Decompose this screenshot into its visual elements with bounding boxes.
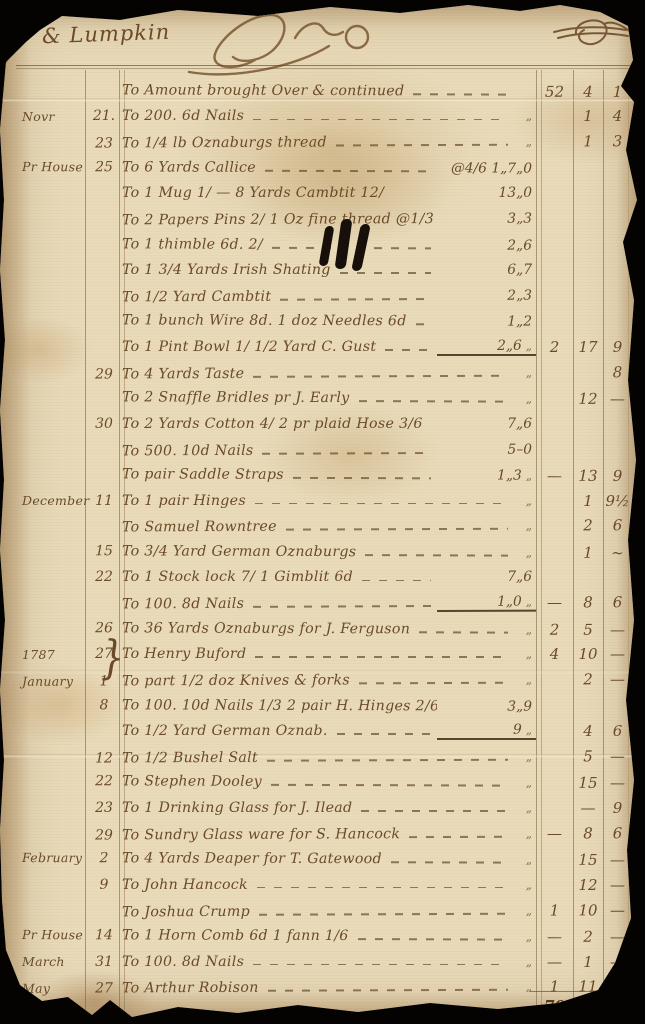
month-cell: 1787 bbox=[20, 647, 86, 662]
entry-cell: To 1 Mug 1/ — 8 Yards Cambtit 12/ bbox=[122, 185, 437, 201]
entry-text: To 1 Drinking Glass for J. Ilead bbox=[122, 800, 352, 816]
shillings-cell: 12 bbox=[573, 390, 603, 408]
ledger-row: To 100. 8d Nails1„0„—86 bbox=[20, 589, 632, 617]
entry-cell: To 500. 10d Nails bbox=[122, 441, 437, 458]
ditto-mark: „ bbox=[522, 826, 532, 840]
day-cell: 25 bbox=[86, 159, 122, 175]
pence-cell: 9 bbox=[603, 799, 632, 817]
entry-text: To Sundry Glass ware for S. Hancock bbox=[122, 826, 400, 843]
total-row: 70 6 1 bbox=[20, 995, 632, 1017]
entry-text: To 200. 6d Nails bbox=[122, 108, 244, 124]
day-cell: 29 bbox=[86, 366, 122, 382]
month-cell: Novr bbox=[20, 109, 86, 124]
shillings-cell: — bbox=[573, 799, 603, 817]
sub-amount: „ bbox=[514, 518, 536, 534]
ledger-row: To 1/2 Yard German Oznab.9„46 bbox=[20, 718, 632, 744]
dash-leader bbox=[271, 784, 508, 786]
ledger-row: To Amount brought Over & continued5241 bbox=[20, 77, 632, 105]
pence-cell: ~ bbox=[603, 544, 632, 562]
sub-amount: „ bbox=[514, 748, 536, 764]
entry-text: To Amount brought Over & continued bbox=[122, 82, 404, 99]
photo-backdrop: & Lumpkin bbox=[0, 0, 645, 1024]
dash-leader bbox=[280, 298, 431, 300]
shillings-cell: 5 bbox=[573, 620, 603, 638]
sub-amount: 3„3 bbox=[437, 210, 536, 226]
pence-cell: — bbox=[603, 390, 632, 408]
day-cell: 2 bbox=[86, 850, 122, 866]
entry-cell: To 1 pair Hinges bbox=[122, 493, 514, 509]
ledger-row: To 500. 10d Nails5–0 bbox=[20, 436, 632, 464]
entry-cell: To 1 Stock lock 7/ 1 Gimblit 6d bbox=[122, 569, 437, 585]
sub-amount: „ bbox=[514, 902, 536, 918]
pounds-cell: 2 bbox=[536, 338, 573, 356]
dash-leader bbox=[255, 656, 508, 658]
entry-cell: To 1 Pint Bowl 1/ 1/2 Yard C. Gust bbox=[122, 339, 437, 355]
entry-text: To 500. 10d Nails bbox=[122, 442, 254, 459]
sub-amount: „ bbox=[514, 621, 536, 637]
shillings-cell: 2 bbox=[573, 670, 603, 688]
shillings-cell: 5 bbox=[573, 747, 603, 765]
dash-leader bbox=[267, 759, 508, 762]
entry-text: To 1 Horn Comb 6d 1 fann 1/6 bbox=[122, 927, 349, 944]
dash-leader bbox=[253, 374, 508, 377]
sub-amount: 13„0 bbox=[437, 185, 536, 201]
account-name: & Lumpkin bbox=[42, 20, 171, 48]
entry-cell: To John Hancock bbox=[122, 877, 514, 893]
ledger-row: Novr21.To 200. 6d Nails„14 bbox=[20, 104, 632, 130]
day-cell: 22 bbox=[86, 773, 122, 789]
entry-cell: To 1/4 lb Oznaburgs thread bbox=[122, 134, 514, 152]
ledger-row: February2To 4 Yards Deaper for T. Gatewo… bbox=[20, 845, 632, 873]
dash-leader bbox=[293, 477, 431, 479]
left-edge-cutoff-mark bbox=[0, 38, 14, 66]
pounds-cell: 2 bbox=[536, 620, 573, 638]
entry-cell: To 1 Horn Comb 6d 1 fann 1/6 bbox=[122, 927, 514, 944]
pounds-cell: 1 bbox=[536, 978, 573, 996]
entry-text: To 4 Yards Taste bbox=[122, 365, 244, 382]
dash-leader bbox=[416, 324, 431, 326]
ledger-row: 15To 3/4 Yard German Oznaburgs„1~ bbox=[20, 538, 632, 566]
dash-leader bbox=[265, 170, 431, 172]
entry-cell: To Samuel Rowntree bbox=[122, 518, 514, 536]
entry-cell: To 2 Yards Cotton 4/ 2 pr plaid Hose 3/6 bbox=[122, 416, 437, 432]
entry-text: To 1 Pint Bowl 1/ 1/2 Yard C. Gust bbox=[122, 339, 376, 355]
shillings-cell: 2 bbox=[573, 928, 603, 946]
entry-text: To 2 Yards Cotton 4/ 2 pr plaid Hose 3/6 bbox=[122, 416, 423, 432]
total-pence: 1 bbox=[603, 997, 632, 1015]
dash-leader bbox=[255, 503, 508, 505]
sub-amount: „ bbox=[514, 928, 536, 944]
pence-cell: — bbox=[603, 851, 632, 869]
shillings-cell: 12 bbox=[573, 876, 603, 894]
entry-cell: To part 1/2 doz Knives & forks bbox=[122, 671, 514, 689]
entry-text: To 6 Yards Callice bbox=[122, 159, 256, 175]
shillings-cell: 4 bbox=[573, 83, 603, 101]
day-cell: 8 bbox=[86, 697, 122, 713]
month-cell: December bbox=[20, 493, 86, 508]
pence-cell: — bbox=[603, 953, 632, 971]
day-cell: 29 bbox=[86, 827, 122, 843]
entry-cell: To pair Saddle Straps bbox=[122, 466, 437, 483]
ditto-mark: „ bbox=[522, 545, 532, 559]
pounds-cell: — bbox=[536, 467, 573, 485]
pence-cell: — bbox=[603, 670, 632, 688]
entry-text: To 1 Stock lock 7/ 1 Gimblit 6d bbox=[122, 569, 353, 585]
entry-text: To 1 pair Hinges bbox=[122, 493, 246, 509]
ditto-mark: „ bbox=[522, 801, 532, 815]
pounds-cell: — bbox=[536, 928, 573, 946]
ditto-mark: „ bbox=[522, 365, 532, 379]
ledger-row: 23To 1/4 lb Oznaburgs thread„13 bbox=[20, 128, 632, 156]
sub-amount: „ bbox=[514, 877, 536, 893]
shillings-cell: 10 bbox=[573, 901, 603, 919]
ledger-row: 23To 1 Drinking Glass for J. Ilead„—9 bbox=[20, 795, 632, 821]
ditto-mark: „ bbox=[522, 135, 532, 149]
ledger-row: To 1 Mug 1/ — 8 Yards Cambtit 12/13„0 bbox=[20, 180, 632, 206]
pence-cell: — bbox=[603, 645, 632, 663]
entry-text: To 1 3/4 Yards Irish Shating bbox=[122, 262, 331, 278]
pence-cell: — bbox=[603, 747, 632, 765]
entry-cell: To Henry Buford bbox=[122, 646, 514, 662]
pence-cell: 1 bbox=[603, 83, 632, 101]
ditto-mark: „ bbox=[522, 519, 532, 533]
dash-leader bbox=[385, 349, 431, 351]
ditto-mark: „ bbox=[522, 903, 532, 917]
month-cell: Pr House bbox=[20, 159, 86, 174]
sub-amount: „ bbox=[514, 364, 536, 380]
pence-cell: — bbox=[603, 620, 632, 638]
entry-cell: To Joshua Crump bbox=[122, 902, 514, 920]
day-cell: 15 bbox=[86, 543, 122, 559]
total-pounds: 70 bbox=[536, 997, 573, 1015]
pence-cell: 9 bbox=[603, 467, 632, 485]
entry-text: To Samuel Rowntree bbox=[122, 519, 277, 536]
ditto-mark: „ bbox=[522, 672, 532, 686]
ditto-mark: „ bbox=[522, 749, 532, 763]
shillings-cell: 2 bbox=[573, 516, 603, 534]
sub-amount: „ bbox=[514, 775, 536, 791]
shillings-cell: 1 bbox=[573, 544, 603, 562]
entry-text: To 100. 10d Nails 1/3 2 pair H. Hinges 2… bbox=[122, 697, 437, 714]
pence-cell: 8 bbox=[603, 363, 632, 381]
month-cell: January bbox=[20, 674, 86, 689]
day-cell: 9 bbox=[86, 877, 122, 893]
dash-leader bbox=[268, 989, 508, 992]
entry-cell: To 1 Drinking Glass for J. Ilead bbox=[122, 800, 514, 816]
ditto-mark: „ bbox=[522, 853, 532, 867]
sub-amount: 9„ bbox=[437, 722, 536, 740]
ledger-row: 9To John Hancock„12— bbox=[20, 872, 632, 898]
month-cell: February bbox=[20, 851, 86, 866]
entry-text: To 36 Yards Oznaburgs for J. Ferguson bbox=[122, 620, 410, 637]
ledger-row: 30To 2 Yards Cotton 4/ 2 pr plaid Hose 3… bbox=[20, 411, 632, 437]
entry-text: To 100. 8d Nails bbox=[122, 596, 244, 613]
ledger-page: & Lumpkin bbox=[0, 0, 645, 1024]
ledger-row: 12To 1/2 Bushel Salt„5— bbox=[20, 743, 632, 771]
pence-cell: — bbox=[603, 977, 632, 995]
entry-text: To Joshua Crump bbox=[122, 903, 250, 920]
ledger-row: 22To 1 Stock lock 7/ 1 Gimblit 6d7„6 bbox=[20, 565, 632, 591]
pounds-cell: 1 bbox=[536, 901, 573, 919]
ledger-row: To 2 Snaffle Bridles pr J. Early„12— bbox=[20, 384, 632, 412]
sub-amount: 3„9 bbox=[437, 698, 536, 714]
sub-amount: 1„2 bbox=[437, 314, 536, 330]
entry-cell: To 1/2 Bushel Salt bbox=[122, 748, 514, 766]
shillings-cell: 4 bbox=[573, 722, 603, 740]
pounds-cell: 4 bbox=[536, 645, 573, 663]
pounds-cell: — bbox=[536, 824, 573, 842]
entry-text: To 4 Yards Deaper for T. Gatewood bbox=[122, 850, 382, 867]
sub-amount: „ bbox=[514, 800, 536, 816]
day-cell: 12 bbox=[86, 750, 122, 766]
entry-cell: To 36 Yards Oznaburgs for J. Ferguson bbox=[122, 620, 514, 637]
entry-cell: To Arthur Robison bbox=[122, 979, 514, 997]
dash-leader bbox=[413, 93, 508, 95]
shillings-cell: 1 bbox=[573, 132, 603, 150]
entry-text: To part 1/2 doz Knives & forks bbox=[122, 672, 350, 689]
entry-text: To 100. 8d Nails bbox=[122, 954, 244, 970]
pounds-cell: 52 bbox=[536, 82, 573, 100]
pence-cell: 6 bbox=[603, 516, 632, 534]
shillings-cell: 15 bbox=[573, 851, 603, 869]
sub-amount: „ bbox=[514, 544, 536, 560]
entry-text: To 1/2 Yard German Oznab. bbox=[122, 723, 328, 739]
ditto-mark: „ bbox=[522, 622, 532, 636]
shillings-cell: 1 bbox=[573, 492, 603, 510]
ditto-mark: „ bbox=[522, 494, 532, 508]
entry-text: To 1 Mug 1/ — 8 Yards Cambtit 12/ bbox=[122, 185, 384, 201]
dash-leader bbox=[358, 938, 508, 940]
pence-cell: 3 bbox=[603, 132, 632, 150]
dash-leader bbox=[259, 912, 508, 915]
sub-amount: 2„3 bbox=[437, 287, 536, 303]
sub-amount: „ bbox=[514, 825, 536, 841]
dash-leader bbox=[361, 810, 508, 812]
header-rule-bottom bbox=[16, 68, 633, 69]
sub-amount: „ bbox=[514, 134, 536, 150]
ditto-mark: „ bbox=[522, 878, 532, 892]
day-cell: 21. bbox=[86, 108, 122, 124]
ditto-mark: „ bbox=[522, 723, 532, 737]
sub-amount: „ bbox=[514, 391, 536, 407]
pounds-cell: — bbox=[536, 593, 573, 611]
ditto-mark: „ bbox=[522, 339, 532, 353]
pence-cell: 6 bbox=[603, 593, 632, 611]
entry-cell: To 3/4 Yard German Oznaburgs bbox=[122, 543, 514, 560]
ledger-row: 29To 4 Yards Taste„8 bbox=[20, 359, 632, 387]
entry-text: To 1/2 Yard Cambtit bbox=[122, 288, 271, 305]
shillings-cell: 8 bbox=[573, 593, 603, 611]
month-cell: Pr House bbox=[20, 927, 86, 942]
sub-amount: „ bbox=[514, 671, 536, 687]
sub-amount: 2„6 bbox=[437, 237, 536, 253]
sub-amount: „ bbox=[514, 493, 536, 509]
year-brace: } bbox=[101, 630, 124, 684]
ditto-mark: „ bbox=[522, 647, 532, 661]
ditto-mark: „ bbox=[522, 595, 532, 609]
sub-amount: @4/6 1„7„0 bbox=[437, 160, 536, 176]
entry-cell: To 1/2 Yard German Oznab. bbox=[122, 723, 437, 739]
shillings-cell: 17 bbox=[573, 338, 603, 356]
sub-amount: 1„3„ bbox=[437, 467, 536, 483]
ledger-row: To pair Saddle Straps1„3„—139 bbox=[20, 461, 632, 489]
entry-text: To pair Saddle Straps bbox=[122, 466, 284, 483]
sub-amount: „ bbox=[514, 646, 536, 662]
ditto-mark: „ bbox=[522, 930, 532, 944]
dash-leader bbox=[365, 554, 508, 556]
entry-cell: To Stephen Dooley bbox=[122, 774, 514, 791]
corner-crossed-mark bbox=[546, 12, 638, 52]
dash-leader bbox=[358, 400, 508, 402]
pence-cell: — bbox=[603, 774, 632, 792]
entry-text: To 1 bunch Wire 8d. 1 doz Needles 6d bbox=[122, 313, 407, 330]
sub-amount: 6„7 bbox=[437, 262, 536, 278]
dash-leader bbox=[409, 835, 508, 837]
shillings-cell: 1 bbox=[573, 953, 603, 971]
entry-text: To Henry Buford bbox=[122, 646, 246, 662]
sub-amount: 7„6 bbox=[437, 569, 536, 585]
ledger-row: To 1/2 Yard Cambtit2„3 bbox=[20, 282, 632, 310]
entry-cell: To 100. 8d Nails bbox=[122, 595, 437, 612]
entry-cell: To 4 Yards Deaper for T. Gatewood bbox=[122, 850, 514, 867]
dash-leader bbox=[253, 119, 508, 121]
pence-cell: 9½ bbox=[603, 492, 632, 510]
dash-leader bbox=[337, 733, 431, 735]
entry-text: To Stephen Dooley bbox=[122, 774, 262, 790]
entry-cell: To 100. 8d Nails bbox=[122, 954, 514, 970]
ditto-mark: „ bbox=[522, 955, 532, 969]
day-cell: 22 bbox=[86, 569, 122, 585]
dash-leader bbox=[253, 964, 508, 966]
sub-amount: „ bbox=[514, 954, 536, 970]
shillings-cell: 8 bbox=[573, 824, 603, 842]
ledger-row: To Joshua Crump„110— bbox=[20, 897, 632, 925]
sub-amount: „ bbox=[514, 108, 536, 124]
sub-amount: 2„6„ bbox=[437, 338, 536, 356]
ledger-row: March31To 100. 8d Nails„—1— bbox=[20, 949, 632, 975]
dash-leader bbox=[262, 452, 431, 454]
ditto-mark: „ bbox=[522, 392, 532, 406]
month-cell: March bbox=[20, 954, 86, 969]
sub-amount: „ bbox=[514, 979, 536, 995]
ledger-row: To Samuel Rowntree„26 bbox=[20, 513, 632, 541]
pence-cell: — bbox=[603, 876, 632, 894]
ledger-rows: To Amount brought Over & continued5241No… bbox=[20, 78, 632, 1000]
entry-cell: To 6 Yards Callice bbox=[122, 159, 437, 176]
entry-text: To 2 Snaffle Bridles pr J. Early bbox=[122, 389, 350, 406]
entry-cell: To Sundry Glass ware for S. Hancock bbox=[122, 825, 514, 843]
total-rule-top bbox=[530, 991, 630, 992]
ledger-row: Pr House14To 1 Horn Comb 6d 1 fann 1/6„—… bbox=[20, 922, 632, 950]
header-rule-top bbox=[16, 65, 633, 66]
ditto-mark: „ bbox=[522, 109, 532, 123]
ink-blot bbox=[318, 219, 390, 275]
ledger-row: 29To Sundry Glass ware for S. Hancock„—8… bbox=[20, 820, 632, 848]
entry-cell: To 4 Yards Taste bbox=[122, 364, 514, 382]
dash-leader bbox=[286, 528, 508, 530]
ledger-row: Pr House25To 6 Yards Callice@4/6 1„7„0 bbox=[20, 154, 632, 182]
sub-amount: „ bbox=[514, 852, 536, 868]
ditto-mark: „ bbox=[522, 776, 532, 790]
shillings-cell: 15 bbox=[573, 774, 603, 792]
dash-leader bbox=[359, 682, 508, 684]
dash-leader bbox=[253, 605, 431, 607]
entry-text: To 3/4 Yard German Oznaburgs bbox=[122, 543, 356, 560]
ledger-row: 22To Stephen Dooley„15— bbox=[20, 768, 632, 796]
entry-cell: To Amount brought Over & continued bbox=[122, 82, 514, 99]
day-cell: 14 bbox=[86, 927, 122, 943]
shillings-cell: 10 bbox=[573, 645, 603, 663]
day-cell: 11 bbox=[86, 493, 122, 509]
shillings-cell: 1 bbox=[573, 107, 603, 125]
dash-leader bbox=[391, 862, 508, 864]
sub-amount: 7„6 bbox=[437, 416, 536, 432]
total-rule-bottom bbox=[530, 1015, 628, 1016]
ledger-row: To 1 bunch Wire 8d. 1 doz Needles 6d1„2 bbox=[20, 308, 632, 336]
day-cell: 23 bbox=[86, 135, 122, 151]
day-cell: 23 bbox=[86, 800, 122, 816]
entry-cell: To 200. 6d Nails bbox=[122, 108, 514, 124]
dash-leader bbox=[362, 580, 431, 582]
entry-text: To 1 thimble 6d. 2/ bbox=[122, 236, 263, 252]
entry-text: To 1/2 Bushel Salt bbox=[122, 749, 258, 766]
pounds-cell: — bbox=[536, 953, 573, 971]
entry-text: To John Hancock bbox=[122, 877, 248, 893]
pence-cell: 9 bbox=[603, 338, 632, 356]
dash-leader bbox=[419, 631, 508, 633]
total-shillings: 6 bbox=[573, 997, 603, 1015]
pence-cell: 6 bbox=[603, 824, 632, 842]
sub-amount: 5–0 bbox=[437, 441, 536, 457]
ledger-row: 8To 100. 10d Nails 1/3 2 pair H. Hinges … bbox=[20, 692, 632, 720]
dash-leader bbox=[257, 887, 508, 889]
dash-leader bbox=[336, 144, 508, 146]
sub-amount: 1„0„ bbox=[437, 594, 536, 612]
entry-cell: To 100. 10d Nails 1/3 2 pair H. Hinges 2… bbox=[122, 697, 437, 714]
shillings-cell: 13 bbox=[573, 467, 603, 485]
entry-cell: To 2 Snaffle Bridles pr J. Early bbox=[122, 389, 514, 406]
entry-text: To 1/4 lb Oznaburgs thread bbox=[122, 135, 327, 152]
shillings-cell: 11 bbox=[573, 977, 603, 995]
entry-cell: To 1 bunch Wire 8d. 1 doz Needles 6d bbox=[122, 313, 437, 330]
pence-cell: — bbox=[603, 928, 632, 946]
pence-cell: — bbox=[603, 900, 632, 918]
pence-cell: 4 bbox=[603, 107, 632, 125]
ditto-mark: „ bbox=[522, 469, 532, 483]
day-cell: 30 bbox=[86, 416, 122, 432]
ledger-row: To 1 Pint Bowl 1/ 1/2 Yard C. Gust2„6„21… bbox=[20, 334, 632, 360]
pence-cell: 6 bbox=[603, 722, 632, 740]
entry-cell: To 1/2 Yard Cambtit bbox=[122, 288, 437, 305]
day-cell: 31 bbox=[86, 954, 122, 970]
ledger-row: December11To 1 pair Hinges„19½ bbox=[20, 488, 632, 514]
